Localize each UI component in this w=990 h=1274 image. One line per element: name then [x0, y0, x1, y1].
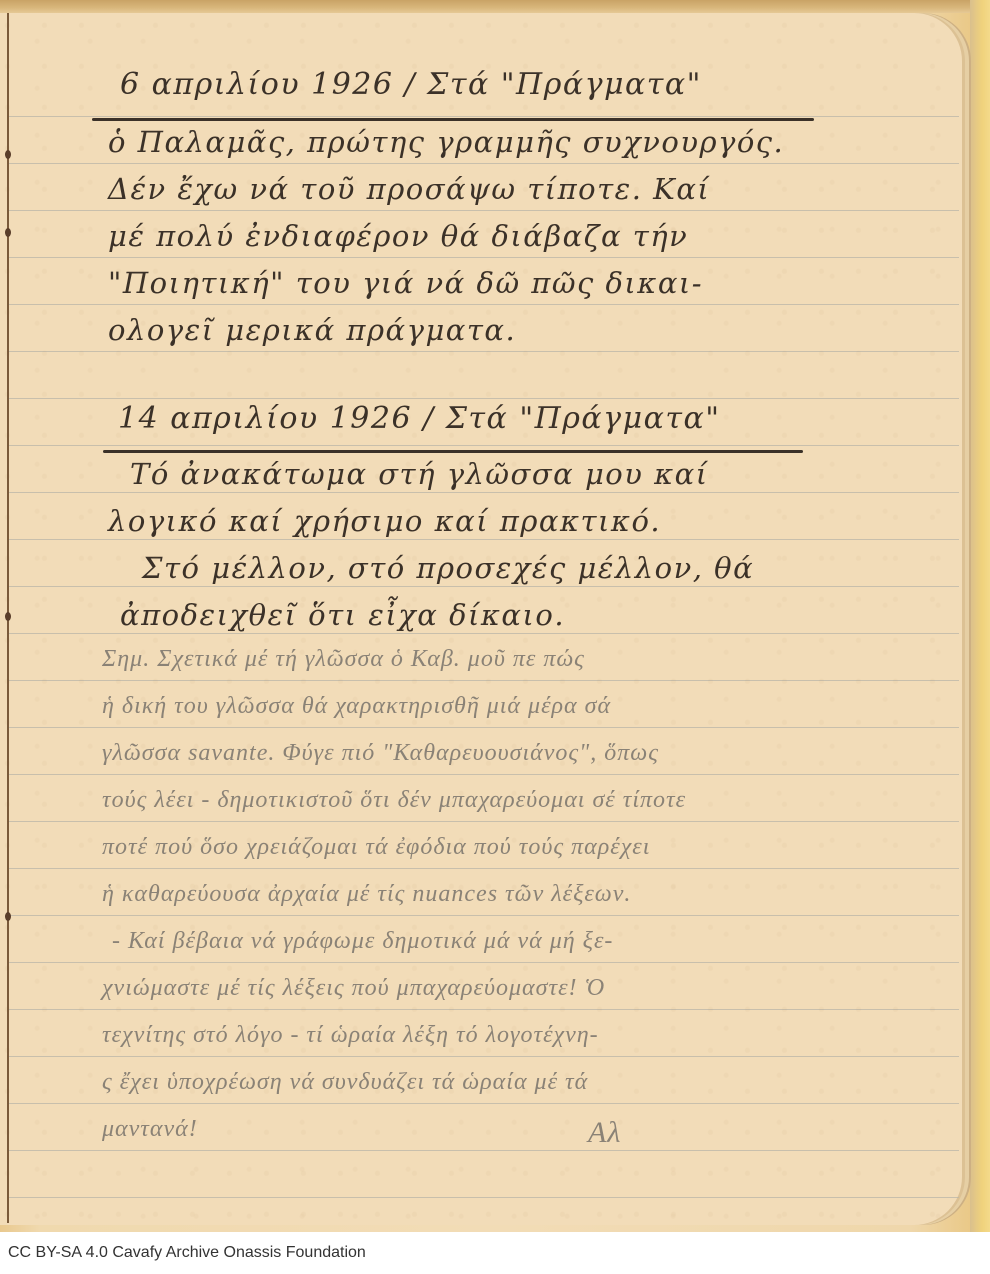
pencil-note-line: χνιώμαστε μέ τίς λέξεις πού μπαχαρεύομασ…: [102, 975, 605, 1002]
notebook-page: 6 απριλίου 1926 / Στά "Πράγματα" ὁ Παλαμ…: [0, 13, 962, 1225]
pencil-note-line: ς ἔχει ὑποχρέωση νά συνδυάζει τά ὡραία μ…: [102, 1069, 588, 1096]
entry-line: Στό μέλλον, στό προσεχές μέλλον, θά: [142, 551, 754, 585]
ruled-line: [9, 351, 959, 352]
ruled-line: [9, 821, 959, 822]
binding-stitch: [5, 228, 11, 237]
entry-line: Δέν ἔχω νά τοῦ προσάψω τίποτε. Καί: [108, 172, 710, 206]
ruled-line: [9, 163, 959, 164]
pencil-note-line: ἡ καθαρεύουσα ἀρχαία μέ τίς nuances τῶν …: [102, 881, 631, 908]
footer: CC BY-SA 4.0 Cavafy Archive Onassis Foun…: [0, 1232, 990, 1274]
ruled-line: [9, 210, 959, 211]
ruled-line: [9, 868, 959, 869]
ruled-line: [9, 586, 959, 587]
entry-line: μέ πολύ ἐνδιαφέρον θά διάβαζα τήν: [108, 219, 688, 253]
page-right-edge: [970, 0, 990, 1232]
ruled-line: [9, 1009, 959, 1010]
pencil-note-line: ποτέ πού ὅσο χρειάζομαι τά ἐφόδια πού το…: [102, 834, 650, 861]
heading-underline: [103, 450, 803, 453]
pencil-note-line: γλῶσσα savante. Φύγε πιό "Καθαρευουσιάνο…: [102, 740, 659, 767]
entry-heading: 14 απριλίου 1926 / Στά "Πράγματα": [118, 401, 721, 436]
entry-line: ὁ Παλαμᾶς, πρώτης γραμμῆς συχνουργός.: [108, 125, 784, 159]
ruled-line: [9, 398, 959, 399]
ruled-line: [9, 492, 959, 493]
binding-stitch: [5, 612, 11, 621]
entry-line: Τό ἀνακάτωμα στή γλῶσσα μου καί: [130, 457, 709, 491]
ruled-line: [9, 257, 959, 258]
license-credit: CC BY-SA 4.0 Cavafy Archive Onassis Foun…: [8, 1244, 366, 1262]
pencil-note-line: τεχνίτης στό λόγο - τί ὡραία λέξη τό λογ…: [102, 1022, 599, 1049]
ruled-line: [9, 1056, 959, 1057]
pencil-note-line: ἡ δική του γλῶσσα θά χαρακτηρισθῆ μιά μέ…: [102, 693, 611, 720]
pencil-note-line: - Καί βέβαια νά γράφωμε δημοτικά μά νά μ…: [112, 928, 613, 955]
ruled-line: [9, 1150, 959, 1151]
pencil-note-line: μαντανά!: [102, 1116, 198, 1143]
ruled-line: [9, 1103, 959, 1104]
ruled-line: [9, 445, 959, 446]
entry-line: ολογεῖ μερικά πράγματα.: [108, 313, 516, 347]
ruled-line: [9, 116, 959, 117]
entry-line: λογικό καί χρήσιμο καί πρακτικό.: [108, 504, 661, 538]
entry-line: "Ποιητική" του γιά νά δῶ πῶς δικαι-: [108, 266, 703, 300]
ruled-line: [9, 539, 959, 540]
binding-stitch: [5, 912, 11, 921]
pencil-note-line: Σημ. Σχετικά μέ τή γλῶσσα ὁ Καβ. μοῦ πε …: [102, 646, 585, 673]
ruled-line: [9, 680, 959, 681]
ruled-line: [9, 774, 959, 775]
ruled-line: [9, 1197, 959, 1198]
pencil-note-line: τούς λέει - δημοτικιστοῦ ὅτι δέν μπαχαρε…: [102, 787, 686, 814]
ruled-line: [9, 915, 959, 916]
binding-stitch: [5, 150, 11, 159]
page-top-edge: [0, 0, 990, 13]
signature: Αλ: [588, 1116, 621, 1150]
entry-line: ἀποδειχθεῖ ὅτι εἶχα δίκαιο.: [120, 598, 565, 632]
ruled-line: [9, 962, 959, 963]
scanned-notebook-page: 6 απριλίου 1926 / Στά "Πράγματα" ὁ Παλαμ…: [0, 0, 990, 1232]
heading-underline: [92, 118, 814, 121]
ruled-line: [9, 633, 959, 634]
entry-heading: 6 απριλίου 1926 / Στά "Πράγματα": [120, 67, 702, 102]
ruled-line: [9, 304, 959, 305]
ruled-line: [9, 727, 959, 728]
